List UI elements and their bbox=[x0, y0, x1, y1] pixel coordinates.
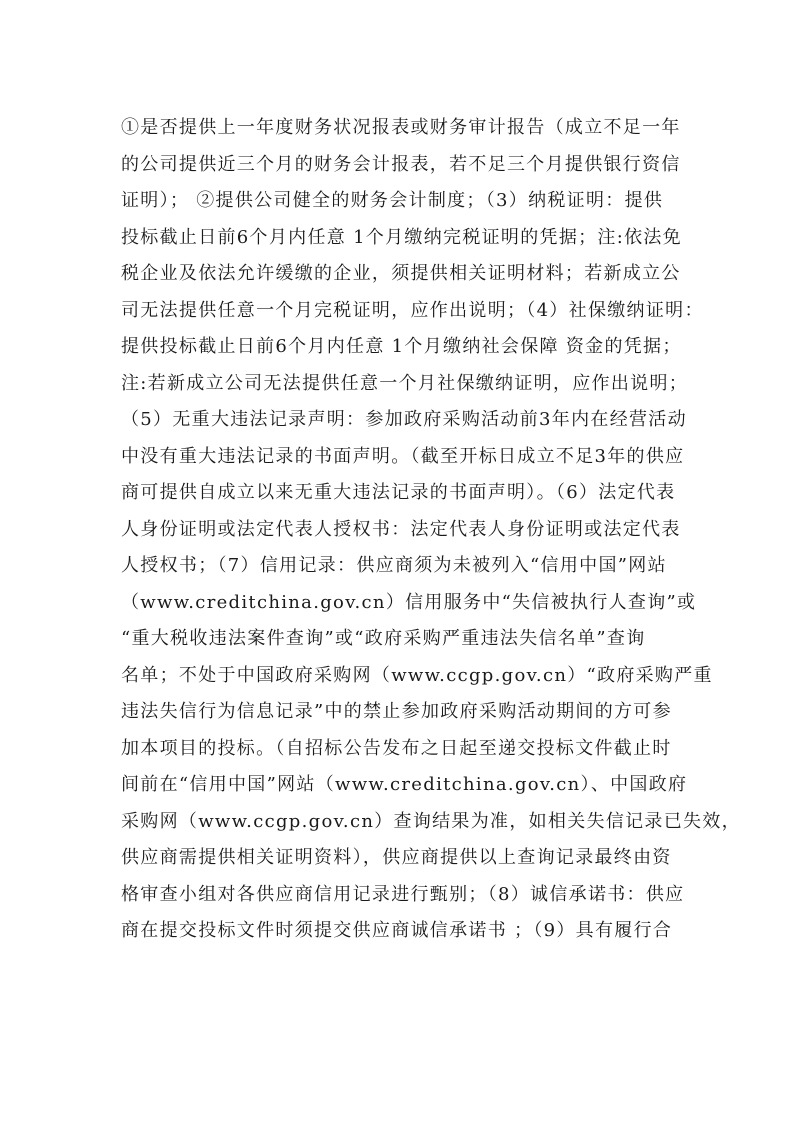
text-line: （5）无重大违法记录声明：参加政府采购活动前3年内在经营活动 bbox=[121, 407, 681, 444]
text-line: 税企业及依法允许缓缴的企业，须提供相关证明材料；若新成立公 bbox=[121, 261, 681, 298]
text-line: 商可提供自成立以来无重大违法记录的书面声明）。（6）法定代表 bbox=[121, 480, 681, 517]
text-line: 名单；不处于中国政府采购网（www.ccgp.gov.cn）“政府采购严重 bbox=[121, 663, 681, 700]
text-line: 注:若新成立公司无法提供任意一个月社保缴纳证明，应作出说明； bbox=[121, 371, 681, 408]
text-line: 人身份证明或法定代表人授权书：法定代表人身份证明或法定代表 bbox=[121, 517, 681, 554]
text-line: 投标截止日前6个月内任意 1个月缴纳完税证明的凭据；注:依法免 bbox=[121, 225, 681, 262]
text-line: 司无法提供任意一个月完税证明，应作出说明；（4）社保缴纳证明： bbox=[121, 298, 681, 335]
text-line: 中没有重大违法记录的书面声明。（截至开标日成立不足3年的供应 bbox=[121, 444, 681, 481]
text-line: ①是否提供上一年度财务状况报表或财务审计报告（成立不足一年 bbox=[121, 115, 681, 152]
document-page: ①是否提供上一年度财务状况报表或财务审计报告（成立不足一年 的公司提供近三个月的… bbox=[0, 0, 794, 1123]
text-line: 的公司提供近三个月的财务会计报表，若不足三个月提供银行资信 bbox=[121, 152, 681, 189]
text-line: （www.creditchina.gov.cn）信用服务中“失信被执行人查询”或 bbox=[121, 590, 681, 627]
text-line: 人授权书；（7）信用记录：供应商须为未被列入“信用中国”网站 bbox=[121, 553, 681, 590]
body-paragraph: ①是否提供上一年度财务状况报表或财务审计报告（成立不足一年 的公司提供近三个月的… bbox=[121, 115, 681, 955]
text-line: 供应商需提供相关证明资料），供应商提供以上查询记录最终由资 bbox=[121, 845, 681, 882]
text-line: 间前在“信用中国”网站（www.creditchina.gov.cn）、中国政府 bbox=[121, 772, 681, 809]
text-line: “重大税收违法案件查询”或“政府采购严重违法失信名单”查询 bbox=[121, 626, 681, 663]
text-line: 违法失信行为信息记录”中的禁止参加政府采购活动期间的方可参 bbox=[121, 699, 681, 736]
text-line: 采购网（www.ccgp.gov.cn）查询结果为准，如相关失信记录已失效， bbox=[121, 809, 681, 846]
text-line: 提供投标截止日前6个月内任意 1个月缴纳社会保障 资金的凭据； bbox=[121, 334, 681, 371]
text-line: 商在提交投标文件时须提交供应商诚信承诺书 ；（9）具有履行合 bbox=[121, 918, 681, 955]
text-line: 证明）； ②提供公司健全的财务会计制度；（3）纳税证明：提供 bbox=[121, 188, 681, 225]
text-line: 加本项目的投标。（自招标公告发布之日起至递交投标文件截止时 bbox=[121, 736, 681, 773]
text-line: 格审查小组对各供应商信用记录进行甄别；（8）诚信承诺书：供应 bbox=[121, 882, 681, 919]
